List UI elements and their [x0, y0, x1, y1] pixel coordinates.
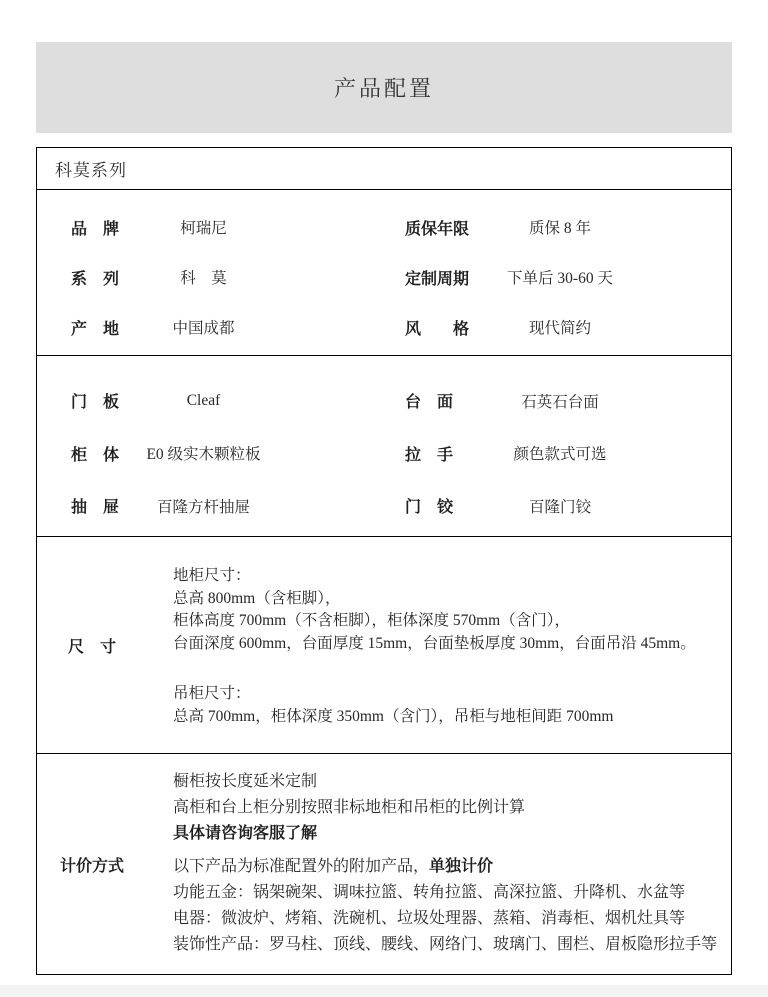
- info-row-series: 系 列 科 莫: [37, 255, 384, 299]
- material-value: 石英石台面: [475, 390, 645, 412]
- pricing-extras-line: 功能五金：锅架碗架、调味拉篮、转角拉篮、高深拉篮、升降机、水盆等: [173, 880, 725, 906]
- material-row-countertop: 台 面 石英石台面: [384, 378, 731, 423]
- pricing-extras-intro-text: 以下产品为标准配置外的附加产品，: [173, 858, 429, 875]
- info-row-lead-time: 定制周期 下单后 30-60 天: [384, 255, 731, 299]
- info-label: 品 牌: [71, 216, 141, 239]
- title-banner: 产品配置: [36, 42, 732, 133]
- series-header-row: 科莫系列: [37, 148, 731, 189]
- wall-cabinet-block: 吊柜尺寸： 总高 700mm，柜体深度 350mm（含门），吊柜与地柜间距 70…: [173, 683, 723, 728]
- material-label: 柜 体: [71, 442, 141, 465]
- info-label: 系 列: [71, 266, 141, 289]
- info-value: 中国成都: [141, 316, 266, 338]
- info-row-brand: 品 牌 柯瑞尼: [37, 205, 384, 249]
- material-value: E0 级实木颗粒板: [141, 442, 266, 464]
- dimensions-section: 尺 寸 地柜尺寸： 总高 800mm（含柜脚）， 柜体高度 700mm（不含柜脚…: [37, 536, 731, 753]
- dimensions-section-label: 尺 寸: [37, 537, 147, 753]
- material-row-hinge: 门 铰 百隆门铰: [384, 483, 731, 528]
- info-value: 质保 8 年: [475, 216, 645, 238]
- info-label: 定制周期: [405, 266, 475, 289]
- material-value: 百隆门铰: [475, 495, 645, 517]
- pricing-extras-intro: 以下产品为标准配置外的附加产品，单独计价: [173, 854, 725, 880]
- material-label: 门 板: [71, 389, 141, 412]
- base-cabinet-heading: 地柜尺寸：: [173, 565, 723, 588]
- info-value: 现代简约: [475, 316, 645, 338]
- pricing-section-label: 计价方式: [37, 754, 147, 974]
- pricing-extras-line: 装饰性产品：罗马柱、顶线、腰线、网络门、玻璃门、围栏、眉板隐形拉手等: [173, 932, 725, 958]
- material-value: 颜色款式可选: [475, 442, 645, 464]
- info-row-style: 风 格 现代简约: [384, 305, 731, 349]
- series-header: 科莫系列: [55, 156, 127, 181]
- base-cabinet-line: 台面深度 600mm，台面厚度 15mm，台面垫板厚度 30mm，台面吊沿 45…: [173, 633, 723, 656]
- wall-cabinet-heading: 吊柜尺寸：: [173, 683, 723, 706]
- info-value: 下单后 30-60 天: [475, 266, 645, 288]
- page-bottom-strip: [0, 985, 768, 997]
- pricing-line: 高柜和台上柜分别按照非标地柜和吊柜的比例计算: [173, 795, 725, 821]
- pricing-content: 橱柜按长度延米定制 高柜和台上柜分别按照非标地柜和吊柜的比例计算 具体请咨询客服…: [173, 769, 725, 958]
- info-row-origin: 产 地 中国成都: [37, 305, 384, 349]
- materials-section: 门 板 Cleaf 台 面 石英石台面 柜 体 E0 级实木颗粒板 拉 手 颜色…: [37, 355, 731, 536]
- pricing-extras-block: 以下产品为标准配置外的附加产品，单独计价 功能五金：锅架碗架、调味拉篮、转角拉篮…: [173, 854, 725, 958]
- base-cabinet-line: 总高 800mm（含柜脚），: [173, 588, 723, 611]
- info-label: 风 格: [405, 316, 475, 339]
- base-cabinet-line: 柜体高度 700mm（不含柜脚），柜体深度 570mm（含门），: [173, 610, 723, 633]
- wall-cabinet-line: 总高 700mm，柜体深度 350mm（含门），吊柜与地柜间距 700mm: [173, 706, 723, 729]
- material-value: Cleaf: [141, 392, 266, 410]
- info-value: 柯瑞尼: [141, 216, 266, 238]
- pricing-line: 橱柜按长度延米定制: [173, 769, 725, 795]
- material-label: 台 面: [405, 389, 475, 412]
- info-row-warranty: 质保年限 质保 8 年: [384, 205, 731, 249]
- info-label: 质保年限: [405, 216, 475, 239]
- material-label: 门 铰: [405, 494, 475, 517]
- page-title: 产品配置: [334, 72, 434, 103]
- pricing-extras-line: 电器：微波炉、烤箱、洗碗机、垃圾处理器、蒸箱、消毒柜、烟机灶具等: [173, 906, 725, 932]
- info-section: 品 牌 柯瑞尼 质保年限 质保 8 年 系 列 科 莫 定制周期 下单后 30-…: [37, 189, 731, 355]
- pricing-section: 计价方式 橱柜按长度延米定制 高柜和台上柜分别按照非标地柜和吊柜的比例计算 具体…: [37, 753, 731, 974]
- material-row-drawer: 抽 屉 百隆方杆抽屉: [37, 483, 384, 528]
- info-value: 科 莫: [141, 266, 266, 288]
- material-label: 抽 屉: [71, 494, 141, 517]
- material-value: 百隆方杆抽屉: [141, 495, 266, 517]
- material-row-handle: 拉 手 颜色款式可选: [384, 431, 731, 476]
- spec-table: 科莫系列 品 牌 柯瑞尼 质保年限 质保 8 年 系 列 科 莫 定制周期 下单…: [36, 147, 732, 975]
- dimensions-content: 地柜尺寸： 总高 800mm（含柜脚）， 柜体高度 700mm（不含柜脚），柜体…: [173, 565, 723, 728]
- info-label: 产 地: [71, 316, 141, 339]
- pricing-extras-intro-bold: 单独计价: [429, 858, 493, 875]
- pricing-line-bold: 具体请咨询客服了解: [173, 821, 725, 847]
- material-row-cabinet-body: 柜 体 E0 级实木颗粒板: [37, 431, 384, 476]
- material-label: 拉 手: [405, 442, 475, 465]
- material-row-door-panel: 门 板 Cleaf: [37, 378, 384, 423]
